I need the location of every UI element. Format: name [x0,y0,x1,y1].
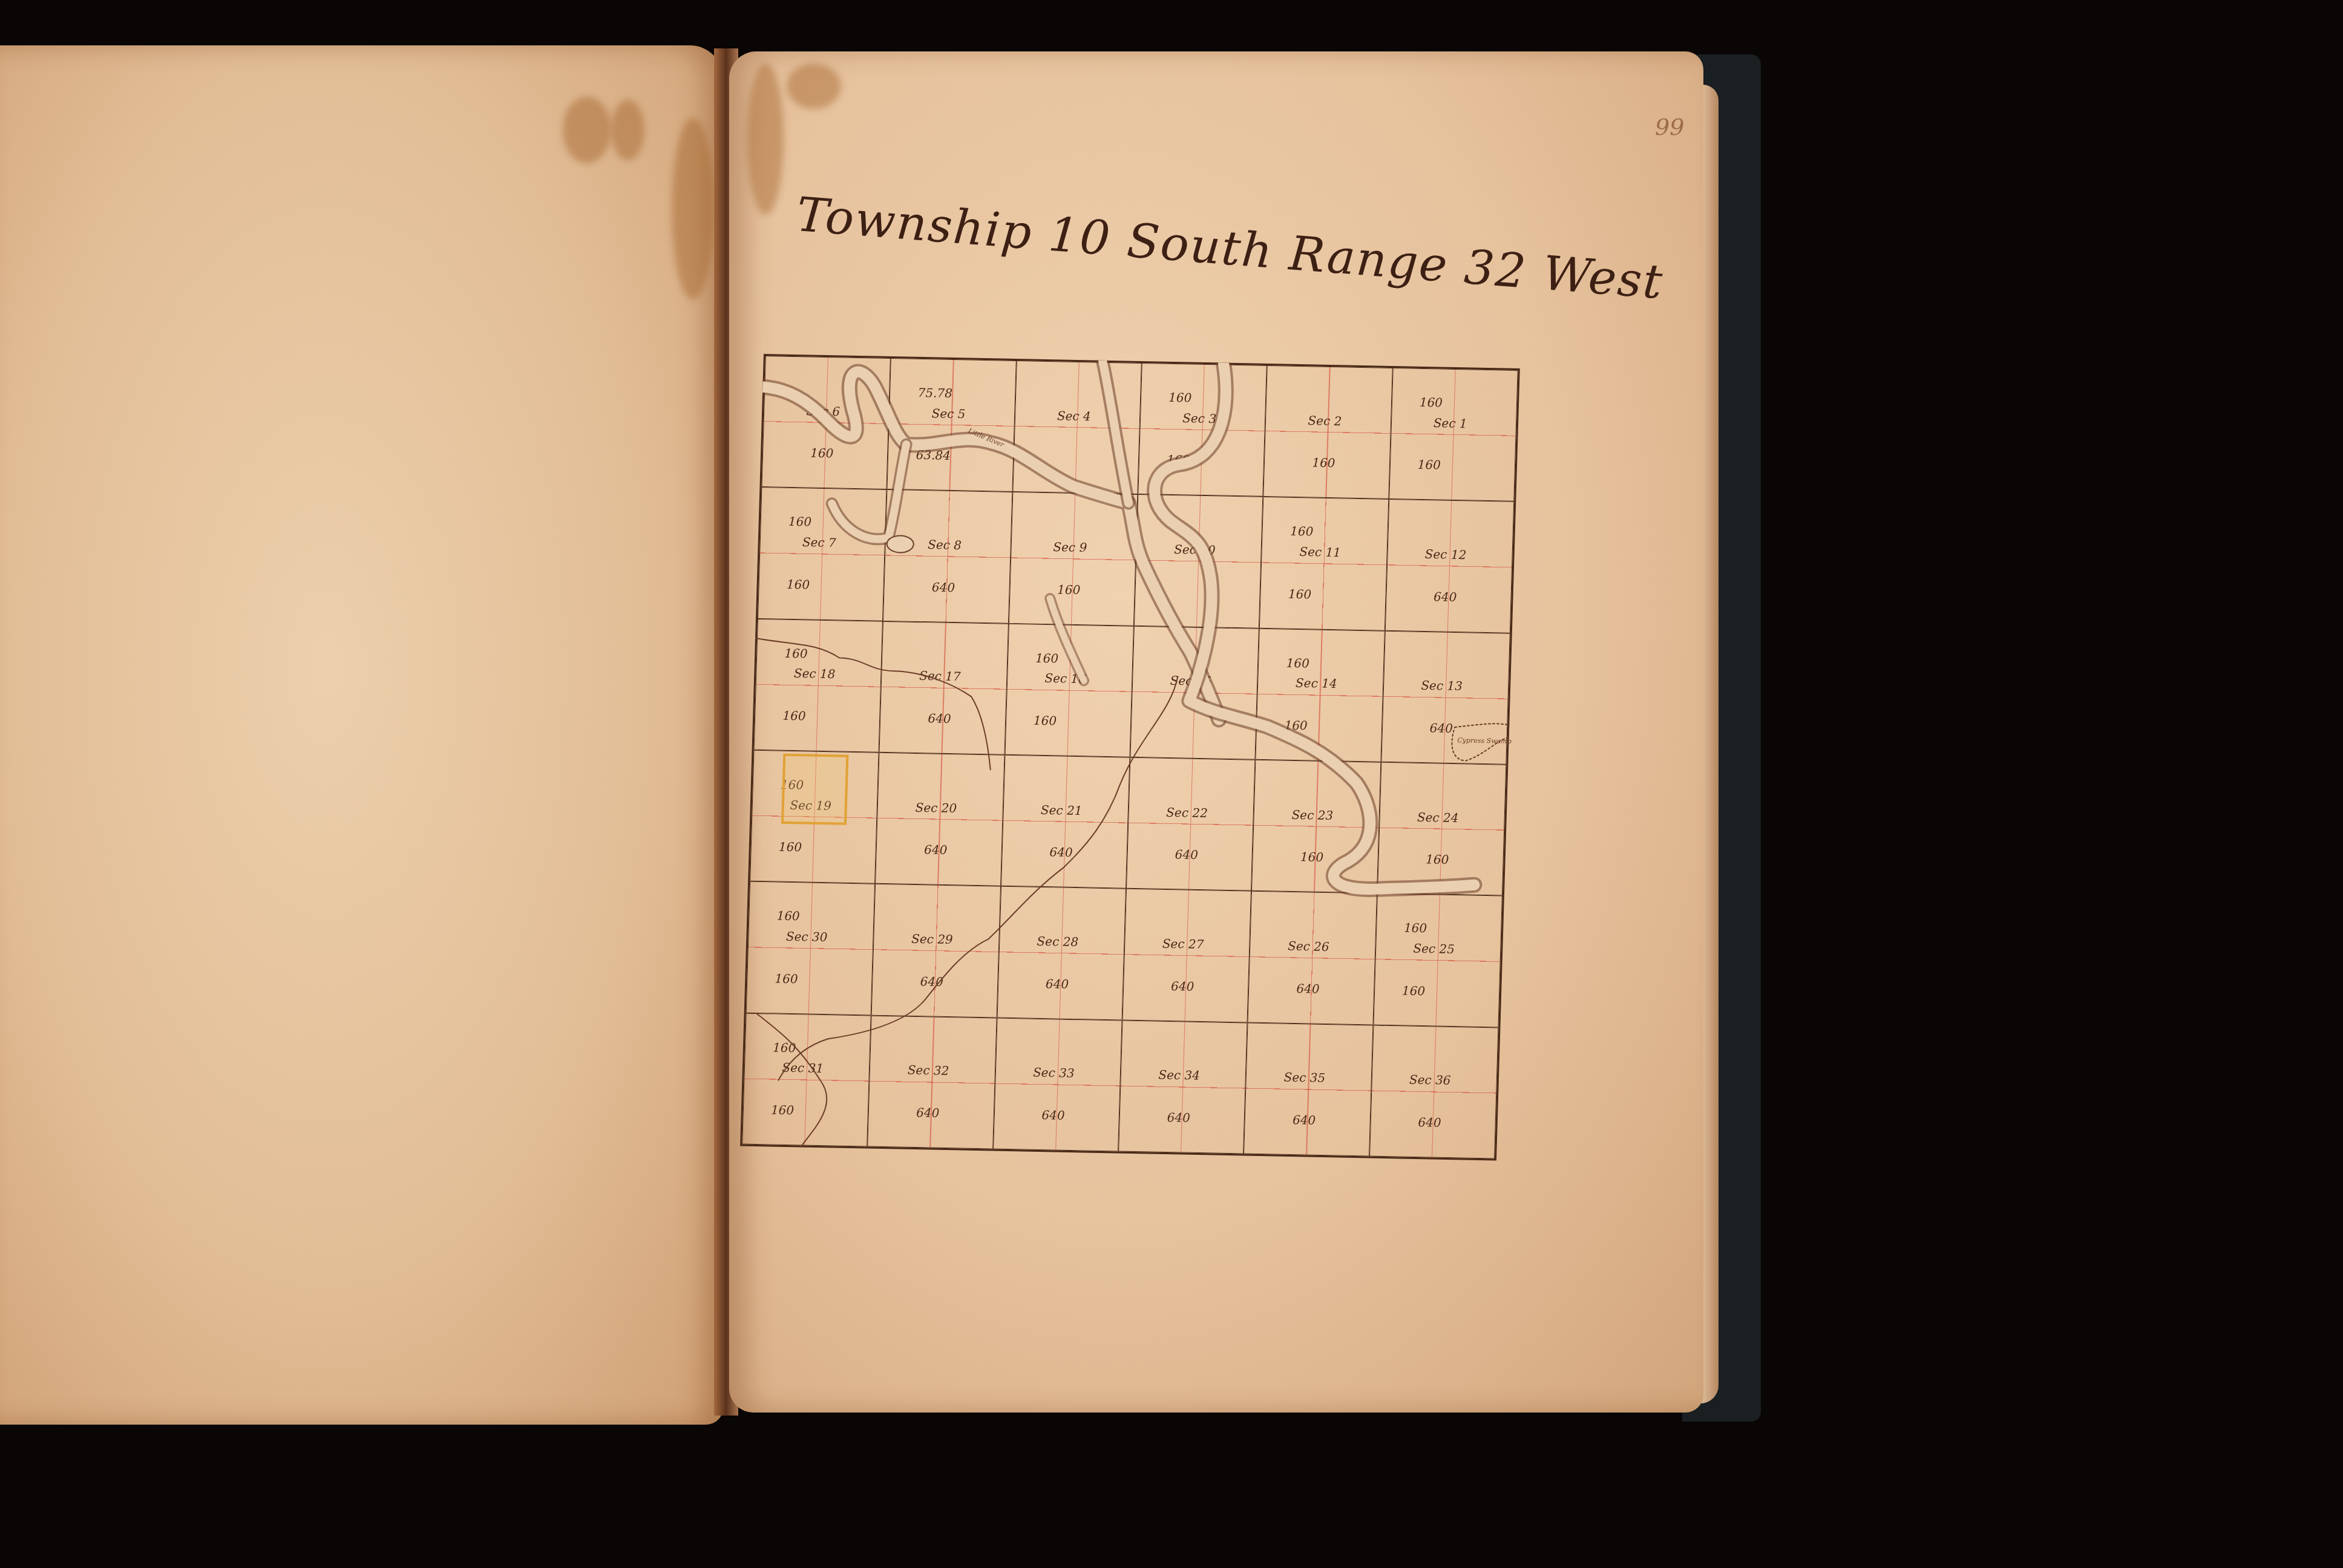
river-overlay [740,354,1520,1160]
stain [787,64,841,109]
river-icon [741,370,1229,719]
township-plat: Sec 6160Sec 575.7863.84Sec 4Sec 3160160S… [740,354,1520,1160]
left-page [0,45,723,1425]
stain [563,97,611,163]
swamp-label: Cypress Swamp [1457,736,1512,745]
highlighted-quarter [781,754,848,825]
stain [672,118,714,299]
stain [611,100,644,160]
page-number: 99 [1655,114,1684,140]
stain [747,64,784,215]
